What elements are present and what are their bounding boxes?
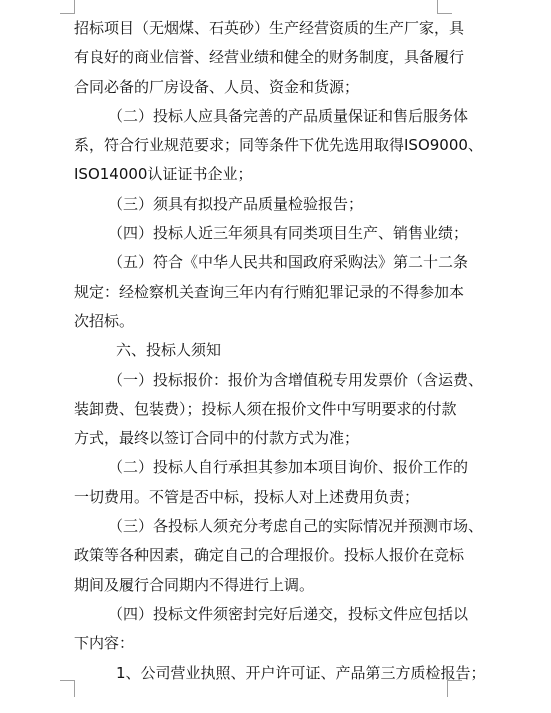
text-line: ISO14000认证证书企业；	[74, 160, 448, 189]
corner-mark-top-left-v	[74, 0, 75, 14]
document-page: 招标项目（无烟煤、石英砂）生产经营资质的生产厂家，具有良好的商业信誉、经营业绩和…	[0, 0, 551, 713]
text-line: （四）投标文件须密封完好后递交，投标文件应包括以	[74, 600, 448, 629]
text-line: 装卸费、包装费）；投标人须在报价文件中写明要求的付款	[74, 395, 448, 424]
text-line: （三）各投标人须充分考虑自己的实际情况并预测市场、	[74, 512, 448, 541]
text-line: 次招标。	[74, 307, 448, 336]
text-line: 招标项目（无烟煤、石英砂）生产经营资质的生产厂家，具	[74, 14, 448, 43]
text-line: 期间及履行合同期内不得进行上调。	[74, 571, 448, 600]
document-body[interactable]: 招标项目（无烟煤、石英砂）生产经营资质的生产厂家，具有良好的商业信誉、经营业绩和…	[74, 14, 448, 688]
text-line: （二）投标人应具备完善的产品质量保证和售后服务体	[74, 102, 448, 131]
text-line: 系，符合行业规范要求；同等条件下优先选用取得ISO9000、	[74, 131, 448, 160]
text-line: 1、公司营业执照、开户许可证、产品第三方质检报告；	[74, 659, 448, 688]
text-line: （三）须具有拟投产品质量检验报告；	[74, 190, 448, 219]
text-line: 下内容：	[74, 629, 448, 658]
text-line: （五）符合《中华人民共和国政府采购法》第二十二条	[74, 248, 448, 277]
text-line: 六、投标人须知	[74, 336, 448, 365]
text-line: 方式，最终以签订合同中的付款方式为准；	[74, 424, 448, 453]
corner-mark-bottom-left-h	[60, 680, 75, 681]
text-line: 规定：经检察机关查询三年内有行贿犯罪记录的不得参加本	[74, 278, 448, 307]
text-line: 合同必备的厂房设备、人员、资金和货源；	[74, 73, 448, 102]
text-line: 政策等各种因素，确定自己的合理报价。投标人报价在竞标	[74, 541, 448, 570]
text-line: （四）投标人近三年须具有同类项目生产、销售业绩；	[74, 219, 448, 248]
corner-mark-top-right-v	[437, 0, 438, 14]
text-line: （二）投标人自行承担其参加本项目询价、报价工作的	[74, 453, 448, 482]
corner-mark-top-left-h	[60, 13, 75, 14]
text-line: 一切费用。不管是否中标，投标人对上述费用负责；	[74, 483, 448, 512]
text-line: 有良好的商业信誉、经营业绩和健全的财务制度，具备履行	[74, 43, 448, 72]
text-line: （一）投标报价：报价为含增值税专用发票价（含运费、	[74, 366, 448, 395]
